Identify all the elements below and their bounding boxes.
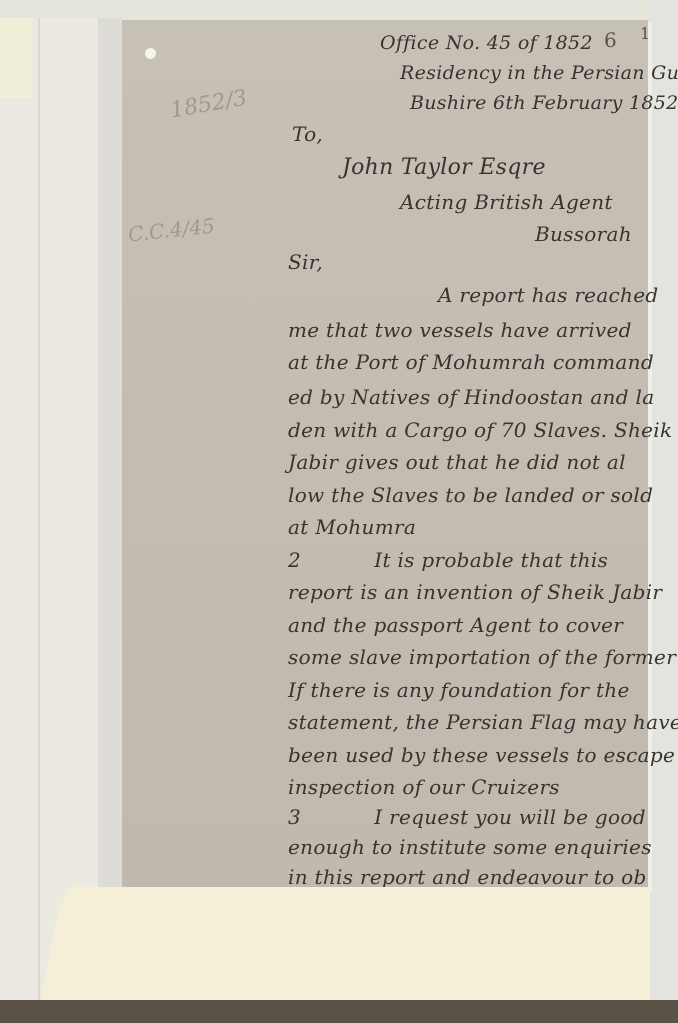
scan-background-right: [648, 0, 678, 1023]
body-line: 3 I request you will be good: [288, 805, 646, 829]
body-line: at Mohumra: [288, 515, 416, 539]
foliation-mark: 1: [640, 24, 650, 43]
residency-line: Residency in the Persian Gulf: [400, 62, 678, 84]
body-line: been used by these vessels to escape the: [288, 743, 678, 767]
recipient-title: Acting British Agent: [400, 190, 613, 214]
body-line: some slave importation of the former: [288, 645, 676, 669]
scan-background-bottom: [0, 1000, 678, 1023]
body-line: statement, the Persian Flag may have: [288, 710, 678, 734]
body-line: report is an invention of Sheik Jabir: [288, 580, 662, 604]
office-number: Office No. 45 of 1852: [380, 32, 593, 54]
body-line: low the Slaves to be landed or sold: [288, 483, 653, 507]
folder-gray-margin: [98, 18, 122, 888]
body-line: Jabir gives out that he did not al: [288, 450, 626, 474]
salutation: Sir,: [288, 250, 323, 274]
body-line: If there is any foundation for the: [288, 678, 630, 702]
folder-back-sheet: [0, 18, 41, 1003]
folder-cream-corner: [0, 18, 32, 98]
body-line: and the passport Agent to cover: [288, 613, 623, 637]
folder-page-edge: [38, 18, 100, 1003]
body-line: 2 It is probable that this: [288, 548, 608, 572]
body-line: me that two vessels have arrived: [288, 318, 632, 342]
body-line: A report has reached: [438, 283, 658, 307]
date-line: Bushire 6th February 1852: [410, 92, 678, 114]
scan-background-top: [0, 0, 678, 20]
body-line: den with a Cargo of 70 Slaves. Sheik: [288, 418, 672, 442]
body-line: enough to institute some enquiries: [288, 835, 652, 859]
page-number: 6: [604, 28, 617, 52]
envelope-flap: [40, 887, 650, 1003]
body-line: in this report and endeavour to ob: [288, 865, 647, 889]
body-line: at the Port of Mohumrah command: [288, 350, 654, 374]
recipient-name: John Taylor Esqre: [342, 155, 546, 180]
punch-hole: [145, 48, 156, 59]
salutation-to: To,: [292, 122, 323, 146]
recipient-location: Bussorah: [535, 222, 632, 246]
body-line: inspection of our Cruizers: [288, 775, 560, 799]
body-line: ed by Natives of Hindoostan and la: [288, 385, 654, 409]
